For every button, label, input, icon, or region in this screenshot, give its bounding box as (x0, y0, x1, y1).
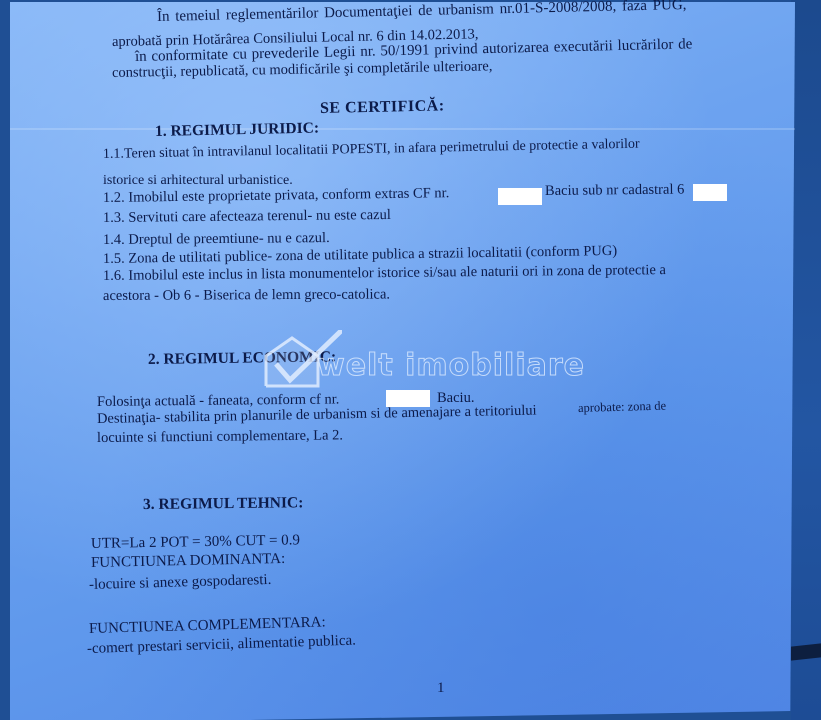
juridic-item-1-2-b: Baciu sub nr cadastral 6 (545, 183, 684, 199)
juridic-item-1-4: 1.4. Dreptul de preemtiune- nu e cazul. (103, 231, 330, 247)
section-juridic-heading: 1. REGIMUL JURIDIC: (155, 121, 319, 140)
watermark-brand: welt imobiliare (317, 348, 585, 383)
certify-heading: SE CERTIFICĂ: (320, 98, 445, 117)
juridic-item-1-6-b: acestora - Ob 6 - Biserica de lemn greco… (103, 287, 390, 303)
paper-fold (10, 128, 795, 130)
watermark: welt imobiliare (262, 330, 562, 390)
section-tehnic-heading: 3. REGIMUL TEHNIC: (143, 495, 303, 512)
redacted-cf-number (498, 188, 542, 205)
page-number: 1 (437, 681, 445, 696)
redacted-cadastral-number (693, 184, 727, 201)
economic-destinatia-b: locuinte si functiuni complementare, La … (97, 428, 343, 445)
economic-destinatia-small: aprobate: zona de (578, 400, 666, 415)
juridic-item-1-3: 1.3. Servituti care afecteaza terenul- n… (103, 208, 391, 226)
backdrop (791, 0, 821, 720)
juridic-item-1-1-b: istorice si arhitectural urbanistice. (103, 174, 293, 188)
